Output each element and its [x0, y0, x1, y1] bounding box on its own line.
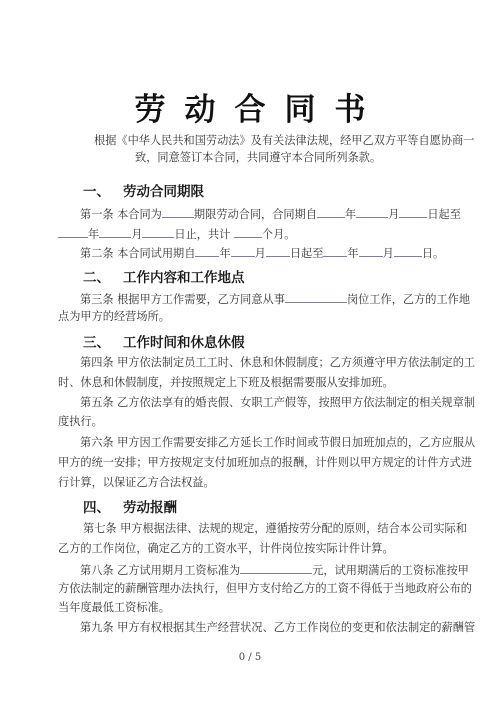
preamble-line-1: 根据《中华人民共和国劳动法》及有关法律法规，经甲乙双方平等自愿协商一	[94, 134, 474, 148]
fill-blank[interactable]	[195, 245, 219, 257]
article-8-line-2: 方依法制定的薪酬管理办法执行，但甲方支付给乙方的工资不得低于当地政府公布的	[58, 582, 472, 596]
text: 月	[255, 247, 266, 260]
section-title: 工作内容和工作地点	[123, 270, 245, 286]
fill-blank[interactable]	[234, 226, 262, 238]
text: 年	[347, 247, 358, 260]
text: 日止，共计	[174, 228, 230, 241]
section-number: 一、	[83, 180, 123, 200]
text: 年	[345, 208, 356, 221]
fill-blank[interactable]	[359, 245, 383, 257]
fill-blank[interactable]	[285, 291, 347, 303]
fill-blank[interactable]	[240, 562, 312, 574]
text: 年	[219, 247, 230, 260]
page-indicator: 0 / 5	[0, 652, 500, 663]
article-6-line-1: 第六条 甲方因工作需要安排乙方延长工作时间或节假日加班加点的，乙方应服从	[80, 436, 475, 450]
text: 第八条 乙方试用期月工资标准为	[80, 564, 240, 577]
text: 个月。	[262, 228, 296, 241]
text: 第二条 本合同试用期自	[80, 247, 195, 260]
text: 年	[88, 228, 99, 241]
article-5-line-1: 第五条 乙方依法享有的婚丧假、女职工产假等，按照甲方依法制定的相关规章制	[80, 396, 475, 410]
text: 日起至	[427, 208, 461, 221]
fill-blank[interactable]	[323, 245, 347, 257]
section-heading-2: 二、工作内容和工作地点	[83, 266, 245, 286]
section-title: 劳动合同期限	[123, 184, 204, 200]
article-2: 第二条 本合同试用期自年月日起至年月日。	[80, 245, 444, 261]
text: 元，试用期满后的工资标准按甲	[312, 564, 469, 577]
section-heading-1: 一、劳动合同期限	[83, 180, 204, 200]
document-page: 劳动合同书 根据《中华人民共和国劳动法》及有关法律法规，经甲乙双方平等自愿协商一…	[0, 0, 500, 707]
fill-blank[interactable]	[394, 245, 422, 257]
article-3-line-2: 点为甲方的经营场所。	[58, 310, 170, 324]
section-heading-3: 三、工作时间和休息休假	[83, 331, 245, 351]
article-4-line-2: 时、休息和休假制度，并按照规定上下班及根据需要服从安排加班。	[58, 376, 394, 390]
text: 第一条 本合同为	[80, 208, 162, 221]
article-6-line-3: 行计算，以保证乙方合法权益。	[58, 476, 215, 490]
fill-blank[interactable]	[231, 245, 255, 257]
fill-blank[interactable]	[99, 226, 131, 238]
section-number: 四、	[83, 496, 123, 516]
text: 日。	[422, 247, 444, 260]
article-8-line-3: 当年度最低工资标准。	[58, 601, 170, 615]
fill-blank[interactable]	[317, 206, 345, 218]
article-9-line-1: 第九条 甲方有权根据其生产经营状况、乙方工作岗位的变更和依法制定的薪酬管	[80, 621, 475, 635]
text: 第三条 根据甲方工作需要，乙方同意从事	[80, 293, 285, 306]
section-heading-4: 四、劳动报酬	[83, 496, 177, 516]
article-7-line-1: 第七条 甲方根据法律、法规的规定，遵循按劳分配的原则，结合本公司实际和	[83, 522, 467, 536]
text: 月	[383, 247, 394, 260]
article-8-line-1: 第八条 乙方试用期月工资标准为元，试用期满后的工资标准按甲	[80, 562, 469, 578]
fill-blank[interactable]	[162, 206, 194, 218]
text: 月	[388, 208, 399, 221]
preamble-line-2: 致，同意签订本合同，共同遵守本合同所列条款。	[135, 151, 381, 165]
fill-blank[interactable]	[266, 245, 290, 257]
section-number: 二、	[83, 266, 123, 286]
article-4-line-1: 第四条 甲方依法制定员工工时、休息和休假制度；乙方须遵守甲方依法制定的工	[80, 356, 475, 370]
section-number: 三、	[83, 331, 123, 351]
fill-blank[interactable]	[58, 226, 88, 238]
text: 岗位工作，乙方的工作地	[347, 293, 470, 306]
document-title: 劳动合同书	[0, 84, 500, 129]
fill-blank[interactable]	[356, 206, 388, 218]
fill-blank[interactable]	[142, 226, 174, 238]
article-5-line-2: 度执行。	[58, 415, 103, 429]
article-3-line-1: 第三条 根据甲方工作需要，乙方同意从事岗位工作，乙方的工作地	[80, 291, 470, 307]
section-title: 劳动报酬	[123, 500, 177, 516]
fill-blank[interactable]	[399, 206, 427, 218]
text: 月	[131, 228, 142, 241]
text: 日起至	[290, 247, 324, 260]
article-7-line-2: 乙方的工作岗位，确定乙方的工资水平，计件岗位按实际计件计算。	[58, 542, 394, 556]
text: 期限劳动合同，合同期自	[194, 208, 317, 221]
article-6-line-2: 甲方的统一安排；甲方按规定支付加班加点的报酬，计件则以甲方规定的计件方式进	[58, 456, 472, 470]
section-title: 工作时间和休息休假	[123, 335, 245, 351]
article-1-line-2: 年月日止，共计 个月。	[58, 226, 296, 242]
article-1-line-1: 第一条 本合同为期限劳动合同，合同期自年月日起至	[80, 206, 461, 222]
